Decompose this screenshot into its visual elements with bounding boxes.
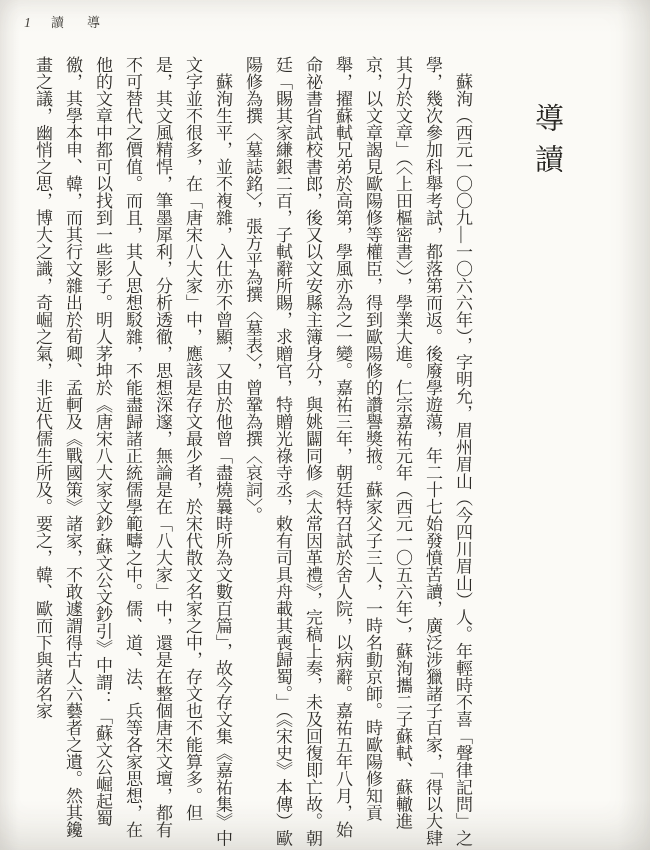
paragraph-assessment: 蘇洵生平，並不複雜，入仕亦不曾顯，又由於他曾「盡燒曩時所為文數百篇」，故今存文集… [27, 56, 237, 849]
paragraph-biography: 蘇洵（西元一〇〇九—一〇六六年），字明允，眉州眉山（今四川眉山）人。年輕時不喜「… [237, 56, 477, 849]
page-number: 1 [24, 16, 31, 32]
running-title-char-du: 讀 [51, 12, 64, 31]
book-page: 1 讀 導 導讀 蘇洵（西元一〇〇九—一〇六六年），字明允，眉州眉山（今四川眉山… [0, 0, 650, 850]
running-title-char-dao: 導 [87, 12, 100, 31]
body-text: 蘇洵（西元一〇〇九—一〇六六年），字明允，眉州眉山（今四川眉山）人。年輕時不喜「… [27, 56, 477, 849]
section-title: 導讀 [527, 103, 568, 185]
running-head: 1 讀 導 [24, 12, 100, 32]
